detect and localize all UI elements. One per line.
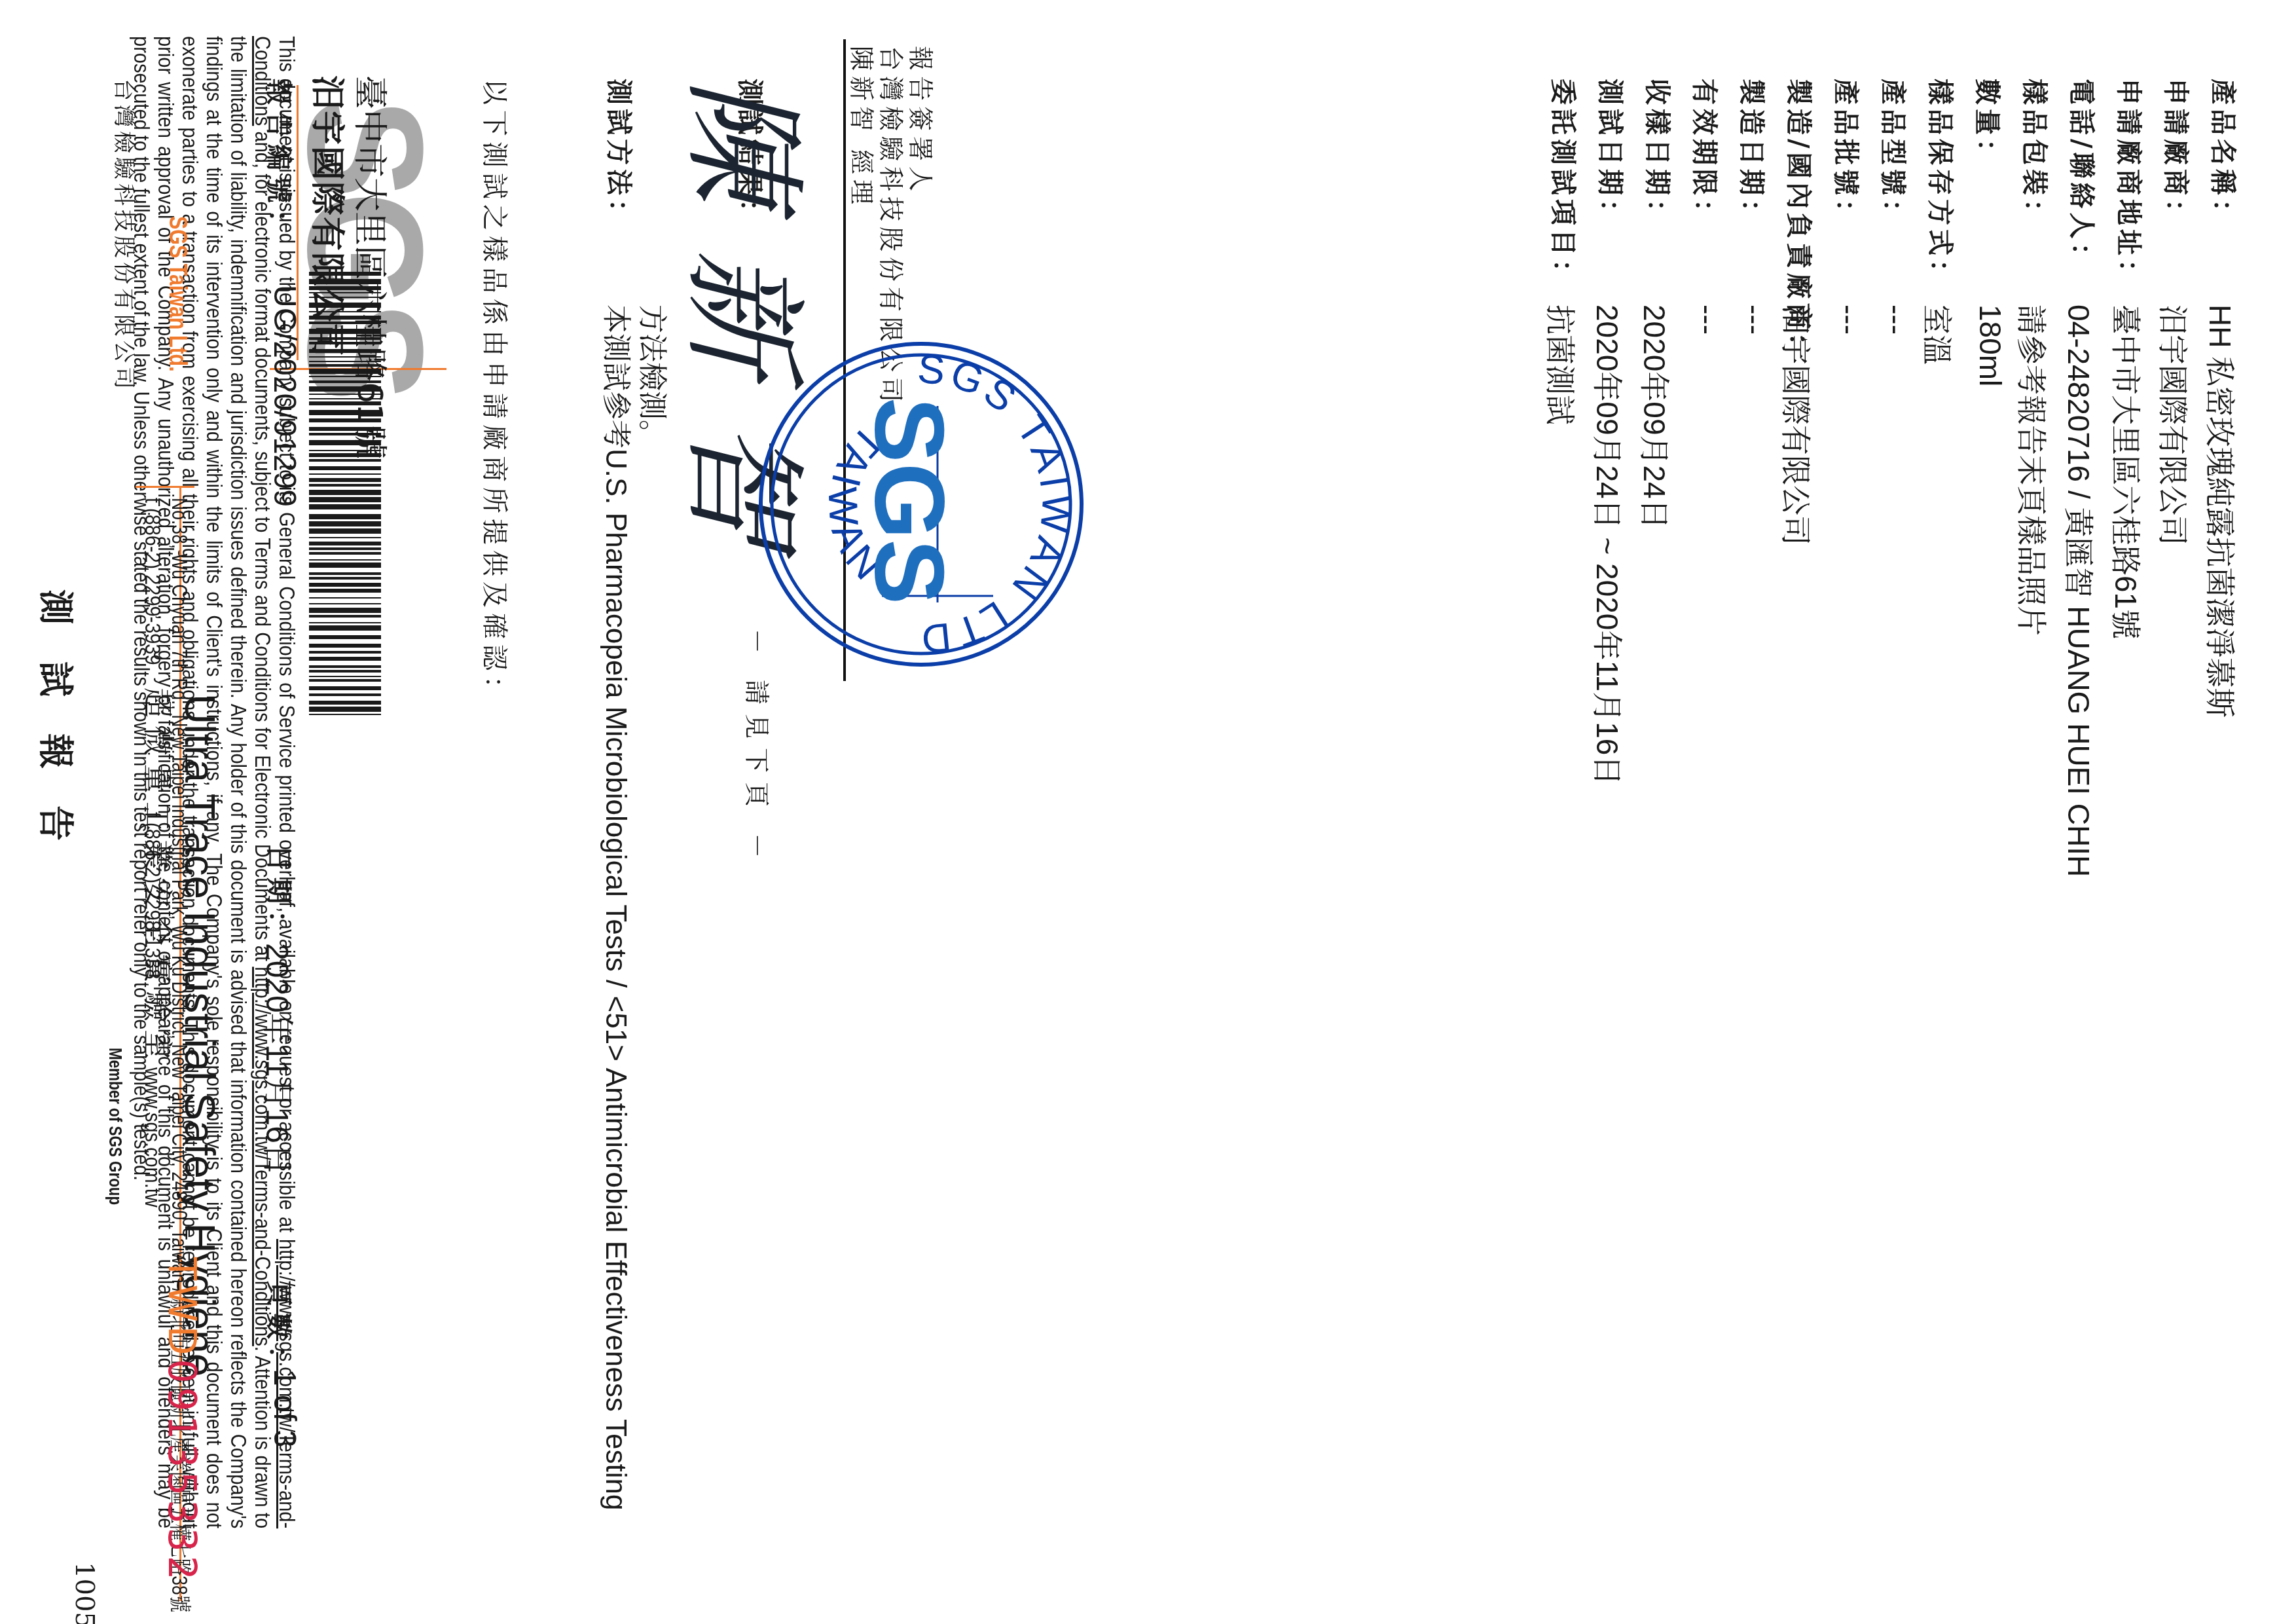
disclaimer-text-2: and, for electronic format documents, su… <box>251 126 275 967</box>
document-serial-number: TWD09135332 <box>160 1257 204 1584</box>
barcode-bar <box>309 615 381 618</box>
field-label: 有效期限： <box>1688 79 1725 229</box>
field-value: 請參考報告末頁樣品照片 <box>2012 304 2055 636</box>
barcode-bar <box>309 459 381 462</box>
field-label: 樣品包裝： <box>2018 79 2055 229</box>
test-report-page: SGS 測試報告 超微量工業安全實驗室 Ultra Trace Industri… <box>0 0 2296 1624</box>
field-label: 測試日期： <box>1594 79 1631 229</box>
barcode-bar <box>309 625 381 631</box>
field-value: 2020年09月24日 <box>1635 304 1678 529</box>
barcode-bar <box>309 622 381 623</box>
barcode-bar <box>309 597 381 599</box>
field-value: 汨宇國際有限公司 <box>1776 304 1819 545</box>
field-value: --- <box>1878 304 1914 335</box>
barcode-bar <box>309 552 381 555</box>
serial-digits: 09135332 <box>160 1359 204 1583</box>
barcode-bar <box>309 603 381 604</box>
barcode-bar <box>309 563 381 568</box>
disclaimer-text: This document is issued by the Company s… <box>275 36 299 1239</box>
barcode-bar <box>309 559 381 561</box>
field-value: --- <box>1831 304 1867 335</box>
electronic-terms-link[interactable]: http://www.sgs.com.tw/Terms-and-Conditio… <box>251 967 275 1346</box>
document-title: 測試報告 <box>33 589 83 877</box>
barcode-bar <box>309 657 381 661</box>
barcode-bar <box>309 608 381 613</box>
footer-brand-name: SGS Taiwan Ltd. <box>163 216 191 372</box>
field-label: 產品名稱： <box>2206 79 2244 229</box>
field-value: 抗菌測試 <box>1540 304 1584 425</box>
barcode-bar <box>309 635 381 639</box>
field-label: 委託測試項目： <box>1546 79 1584 289</box>
scanned-document-frame: SGS 測試報告 超微量工業安全實驗室 Ultra Trace Industri… <box>0 0 2296 1624</box>
barcode-bar <box>309 547 381 550</box>
field-label: 產品型號： <box>1876 79 1914 229</box>
barcode-bar <box>309 577 381 580</box>
barcode-bar <box>309 670 381 673</box>
field-value: HH 私密玫瑰純露抗菌潔淨慕斯 <box>2200 304 2244 718</box>
client-address: 臺中市大里區六桂路61號 <box>348 75 397 459</box>
field-label: 申請廠商： <box>2159 79 2196 229</box>
barcode-bar <box>309 679 381 682</box>
barcode-bar <box>309 589 381 593</box>
barcode-bar <box>309 542 381 545</box>
test-method-label: 測試方法： <box>602 79 640 229</box>
sample-intro-statement: 以下測試之樣品係由申請廠商所提供及確認： <box>478 79 515 707</box>
field-label: 樣品保存方式： <box>1923 79 1961 289</box>
serial-prefix: TWD <box>160 1257 204 1359</box>
field-value: 臺中市大里區六桂路61號 <box>2106 304 2149 639</box>
client-name: 汨宇國際有限公司 <box>306 75 355 358</box>
barcode-bar <box>309 701 381 705</box>
footer-company-chinese: 台灣檢驗科技股份有限公司 <box>110 79 142 393</box>
barcode-bar <box>309 466 381 470</box>
field-value: --- <box>1737 304 1772 335</box>
field-label: 製造日期： <box>1735 79 1772 229</box>
barcode-bar <box>309 473 381 475</box>
footer-fax: f (886-2) 2298-1338 <box>139 812 165 979</box>
field-value: --- <box>1690 304 1725 335</box>
barcode-bar <box>309 707 381 712</box>
page-code: 1005 <box>69 1562 100 1624</box>
barcode-bar <box>309 497 381 502</box>
field-label: 數量： <box>1971 79 2008 169</box>
barcode-bar <box>309 528 381 534</box>
test-method-text: 本測試參考U.S. Pharmacopeia Microbiological T… <box>598 304 640 1511</box>
field-label: 收樣日期： <box>1641 79 1678 229</box>
field-value: 汨宇國際有限公司 <box>2153 304 2196 545</box>
barcode-bar <box>309 572 381 575</box>
legal-disclaimer: This document is issued by the Company s… <box>130 36 299 1528</box>
footer-orange-divider <box>136 486 194 488</box>
field-value: 180ml <box>1973 304 2008 386</box>
barcode-bar <box>309 514 381 519</box>
barcode-bar <box>309 651 381 654</box>
barcode-bar <box>309 537 381 538</box>
field-label: 電話/聯絡人： <box>2065 79 2102 273</box>
barcode-bar <box>309 693 381 696</box>
footer-website[interactable]: www.sgs.com.tw <box>139 1067 165 1208</box>
barcode-bar <box>309 484 381 487</box>
field-value: 04-24820716 / 黃匯智 HUANG HUEI CHIH <box>2059 304 2102 877</box>
field-label: 申請廠商地址： <box>2112 79 2149 289</box>
barcode-bar <box>309 644 381 648</box>
field-value: 2020年09月24日 ~ 2020年11月16日 <box>1588 304 1631 785</box>
stamp-center-logo: SGS <box>854 397 964 605</box>
barcode-bar <box>309 583 381 587</box>
barcode-bar <box>309 686 381 690</box>
barcode-bar <box>309 676 381 677</box>
barcode-bar <box>309 504 381 509</box>
barcode-bar <box>309 478 381 482</box>
barcode-bar <box>309 521 381 526</box>
signer-role: 報告簽署人 <box>905 46 941 196</box>
footer-telephone: t (886-2) 2299-3939 <box>139 498 165 665</box>
sgs-taiwan-stamp: SGS TAIWAN LTD TAIWAN SGS <box>751 334 1091 674</box>
field-label: 產品批號： <box>1829 79 1867 229</box>
barcode-bar <box>309 490 381 495</box>
field-value: 室溫 <box>1918 304 1961 365</box>
footer-member-of-sgs-group: Member of SGS Group <box>105 1048 126 1205</box>
barcode-bar <box>309 714 381 715</box>
barcode-bar <box>309 665 381 668</box>
